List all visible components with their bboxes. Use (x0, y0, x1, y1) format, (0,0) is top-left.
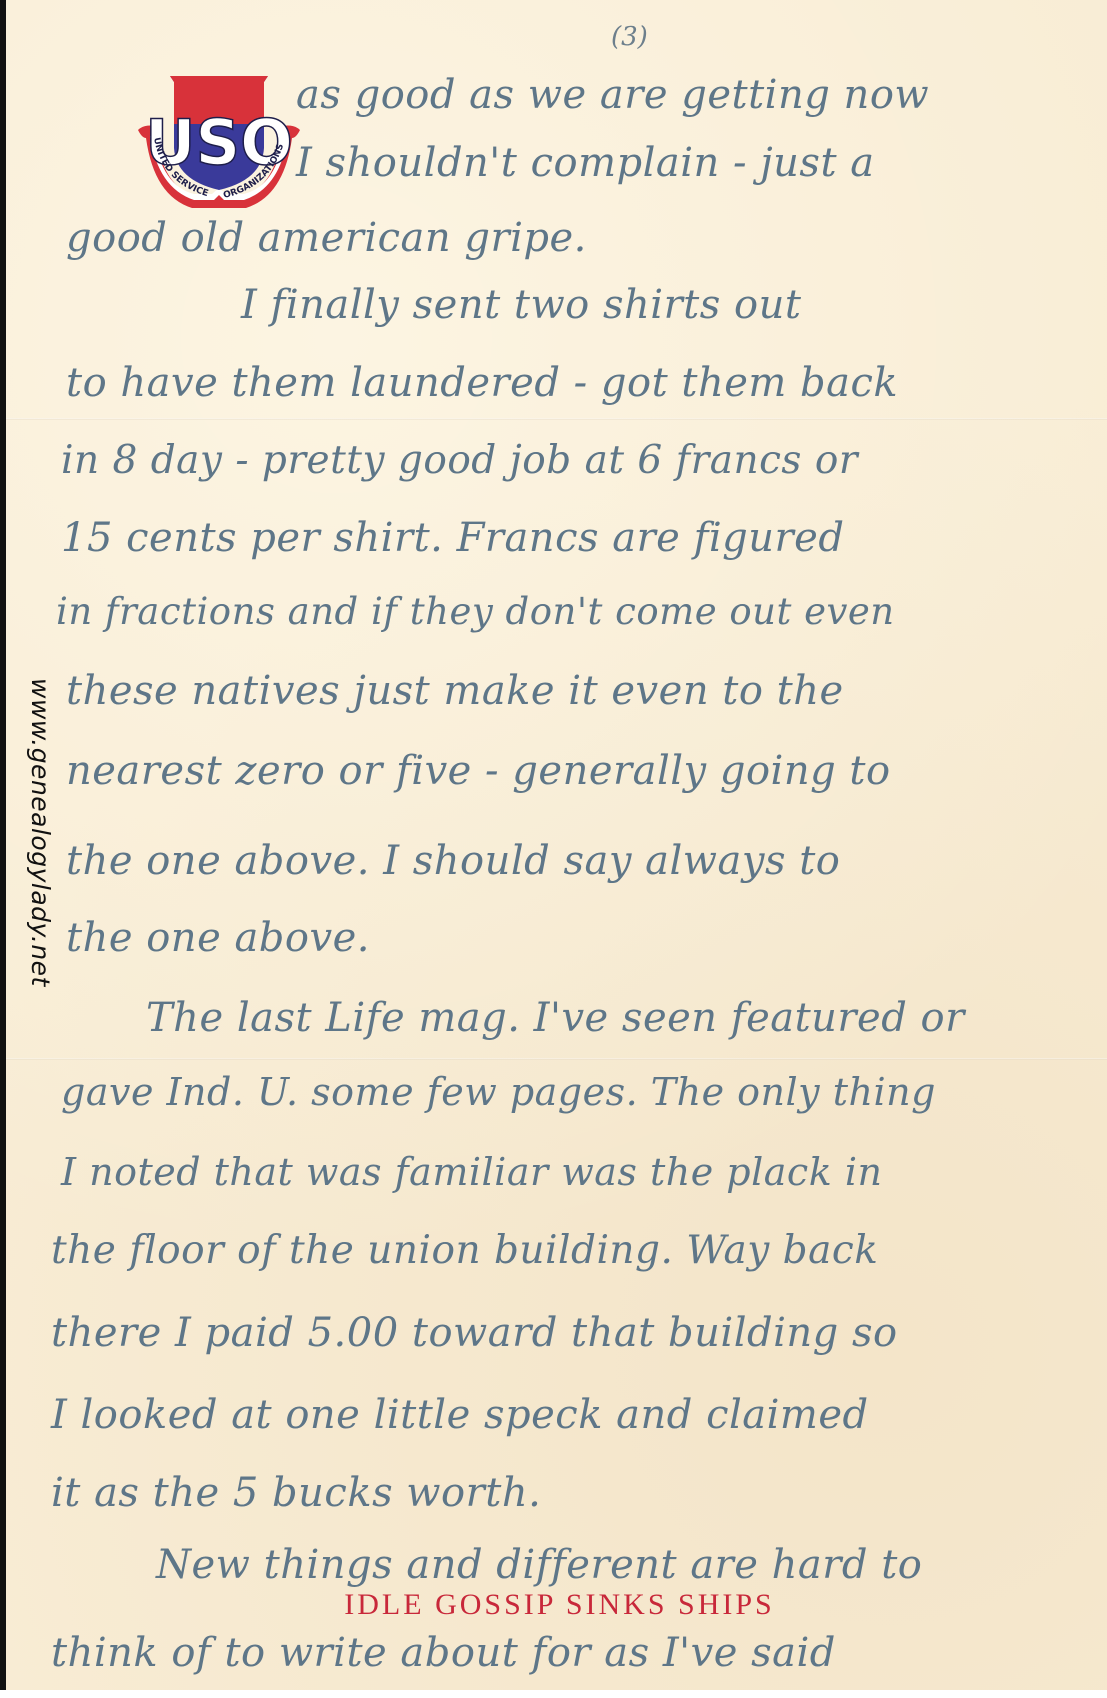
letter-line: 15 cents per shirt. Francs are figured (61, 515, 844, 561)
letter-line: I noted that was familiar was the plack … (61, 1150, 882, 1194)
letter-page: (3) USO UNITED SERVICE ORGANIZATIONS ww (0, 0, 1107, 1690)
letter-line: I shouldn't complain - just a (296, 140, 875, 186)
letter-line: I finally sent two shirts out (241, 282, 801, 328)
website-watermark: www.genealogylady.net (26, 678, 55, 987)
letter-line: in 8 day - pretty good job at 6 francs o… (61, 438, 858, 483)
letter-line: these natives just make it even to the (66, 668, 844, 714)
letter-line: the floor of the union building. Way bac… (51, 1228, 878, 1273)
letter-line: the one above. (66, 915, 370, 961)
paper-fold-line (6, 1058, 1107, 1060)
letter-line: it as the 5 bucks worth. (51, 1470, 541, 1516)
footer-slogan: IDLE GOSSIP SINKS SHIPS (6, 1588, 1107, 1622)
letter-line: think of to write about for as I've said (51, 1630, 836, 1676)
uso-shield-icon: USO UNITED SERVICE ORGANIZATIONS (134, 68, 304, 208)
letter-line: the one above. I should say always to (66, 838, 840, 884)
letter-line: good old american gripe. (66, 215, 587, 261)
paper-fold-line (6, 418, 1107, 420)
letter-line: to have them laundered - got them back (66, 360, 898, 406)
letter-line: as good as we are getting now (296, 72, 929, 118)
letter-line: gave Ind. U. some few pages. The only th… (61, 1070, 936, 1114)
letter-line: I looked at one little speck and claimed (51, 1392, 869, 1438)
letter-line: there I paid 5.00 toward that building s… (51, 1310, 898, 1356)
letter-line: New things and different are hard to (156, 1542, 922, 1588)
uso-logo: USO UNITED SERVICE ORGANIZATIONS (134, 68, 304, 208)
page-number: (3) (611, 22, 648, 52)
letter-line: The last Life mag. I've seen featured or (146, 995, 965, 1041)
letter-line: nearest zero or five - generally going t… (66, 748, 891, 794)
letter-line: in fractions and if they don't come out … (56, 590, 895, 633)
